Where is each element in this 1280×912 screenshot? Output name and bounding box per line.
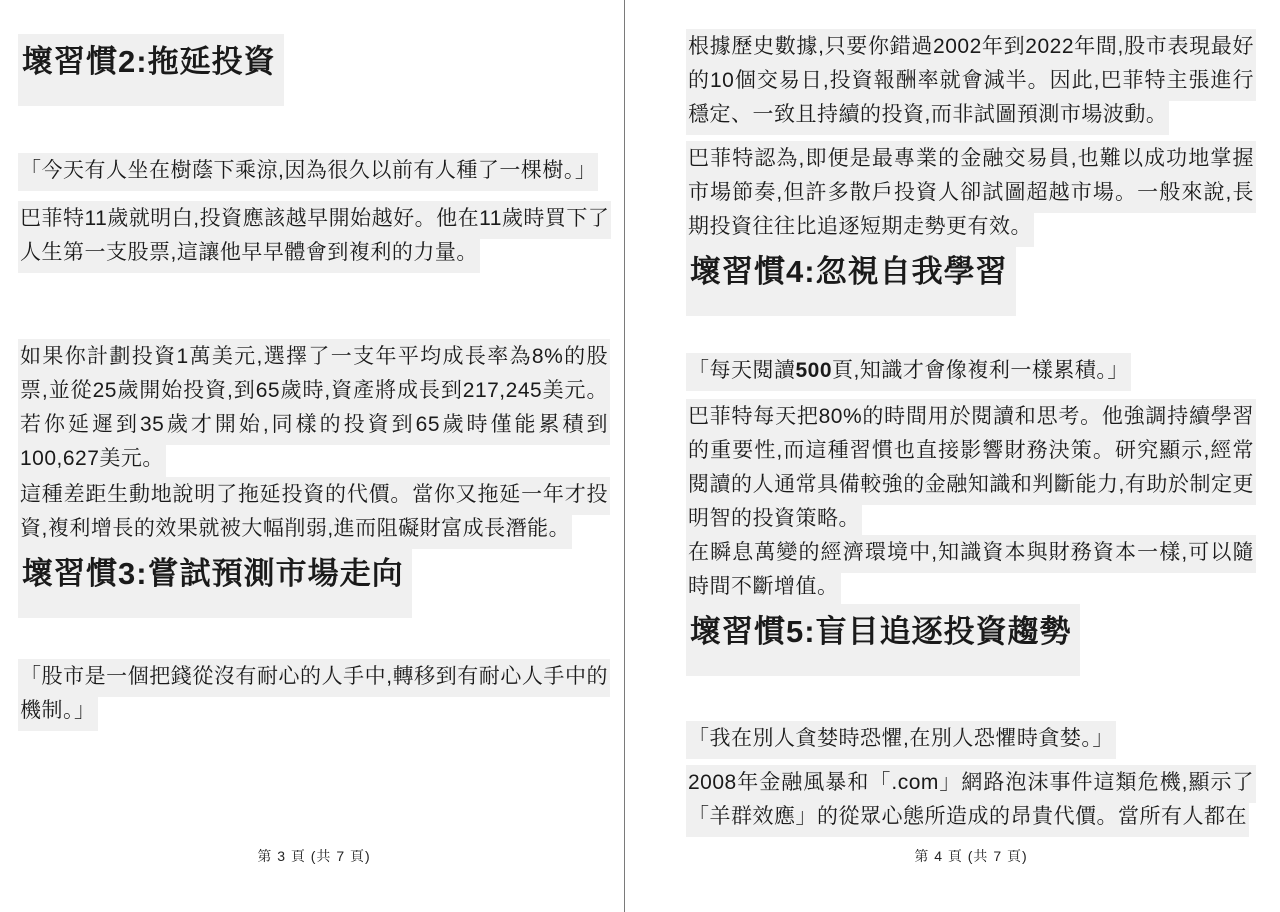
body-paragraph: 在瞬息萬變的經濟環境中,知識資本與財務資本一樣,可以隨時間不斷增值。	[686, 536, 1256, 604]
body-paragraph: 根據歷史數據,只要你錯過2002年到2022年間,股市表現最好的10個交易日,投…	[686, 30, 1256, 132]
section-heading-3: 壞習慣3:嘗試預測市場走向	[18, 546, 610, 618]
section-heading-5: 壞習慣5:盲目追逐投資趨勢	[686, 604, 1256, 676]
quote-text-post: 頁,知識才會像複利一樣累積。」	[832, 359, 1129, 382]
section-heading-2: 壞習慣2:拖延投資	[18, 34, 610, 106]
body-paragraph: 2008年金融風暴和「.com」網路泡沫事件這類危機,顯示了「羊群效應」的從眾心…	[686, 766, 1256, 834]
page-footer-right: 第 4 頁 (共 7 頁)	[686, 846, 1256, 866]
body-paragraph: 巴菲特11歲就明白,投資應該越早開始越好。他在11歲時買下了人生第一支股票,這讓…	[18, 202, 610, 270]
quote-text: 「每天閱讀500頁,知識才會像複利一樣累積。」	[686, 353, 1131, 391]
body-paragraph: 巴菲特認為,即便是最專業的金融交易員,也難以成功地掌握市場節奏,但許多散戶投資人…	[686, 142, 1256, 244]
section-heading-text: 壞習慣3:嘗試預測市場走向	[18, 546, 412, 618]
quote-paragraph: 「每天閱讀500頁,知識才會像複利一樣累積。」	[686, 354, 1256, 388]
quote-text: 「股市是一個把錢從沒有耐心的人手中,轉移到有耐心人手中的機制。」	[18, 659, 610, 731]
quote-paragraph: 「今天有人坐在樹蔭下乘涼,因為很久以前有人種了一棵樹。」	[18, 154, 610, 188]
section-heading-text: 壞習慣2:拖延投資	[18, 34, 284, 106]
paragraph-text: 根據歷史數據,只要你錯過2002年到2022年間,股市表現最好的10個交易日,投…	[686, 29, 1256, 135]
paragraph-text: 巴菲特11歲就明白,投資應該越早開始越好。他在11歲時買下了人生第一支股票,這讓…	[18, 201, 611, 273]
paragraph-text: 在瞬息萬變的經濟環境中,知識資本與財務資本一樣,可以隨時間不斷增值。	[686, 535, 1256, 607]
paragraph-text: 2008年金融風暴和「.com」網路泡沫事件這類危機,顯示了「羊群效應」的從眾心…	[686, 765, 1256, 837]
page-footer-left: 第 3 頁 (共 7 頁)	[18, 846, 610, 866]
quote-text: 「今天有人坐在樹蔭下乘涼,因為很久以前有人種了一棵樹。」	[18, 153, 598, 191]
paragraph-text: 巴菲特每天把80%的時間用於閱讀和思考。他強調持續學習的重要性,而這種習慣也直接…	[686, 399, 1256, 539]
body-paragraph: 巴菲特每天把80%的時間用於閱讀和思考。他強調持續學習的重要性,而這種習慣也直接…	[686, 400, 1256, 536]
quote-paragraph: 「股市是一個把錢從沒有耐心的人手中,轉移到有耐心人手中的機制。」	[18, 660, 610, 728]
page-divider	[624, 0, 625, 912]
paragraph-text: 這種差距生動地說明了拖延投資的代價。當你又拖延一年才投資,複利增長的效果就被大幅…	[18, 477, 610, 549]
section-heading-text: 壞習慣5:盲目追逐投資趨勢	[686, 604, 1080, 676]
paragraph-text: 巴菲特認為,即便是最專業的金融交易員,也難以成功地掌握市場節奏,但許多散戶投資人…	[686, 141, 1256, 247]
page-left: 壞習慣2:拖延投資 「今天有人坐在樹蔭下乘涼,因為很久以前有人種了一棵樹。」 巴…	[18, 0, 610, 912]
quote-text-pre: 「每天閱讀	[688, 359, 796, 382]
quote-text: 「我在別人貪婪時恐懼,在別人恐懼時貪婪。」	[686, 721, 1116, 759]
section-heading-4: 壞習慣4:忽視自我學習	[686, 244, 1256, 316]
page-right: 根據歷史數據,只要你錯過2002年到2022年間,股市表現最好的10個交易日,投…	[686, 0, 1256, 912]
body-paragraph: 如果你計劃投資1萬美元,選擇了一支年平均成長率為8%的股票,並從25歲開始投資,…	[18, 340, 610, 476]
body-paragraph: 這種差距生動地說明了拖延投資的代價。當你又拖延一年才投資,複利增長的效果就被大幅…	[18, 478, 610, 546]
paragraph-text: 如果你計劃投資1萬美元,選擇了一支年平均成長率為8%的股票,並從25歲開始投資,…	[18, 339, 610, 479]
section-heading-text: 壞習慣4:忽視自我學習	[686, 244, 1016, 316]
quote-bold-number: 500	[796, 359, 833, 382]
quote-paragraph: 「我在別人貪婪時恐懼,在別人恐懼時貪婪。」	[686, 722, 1256, 756]
